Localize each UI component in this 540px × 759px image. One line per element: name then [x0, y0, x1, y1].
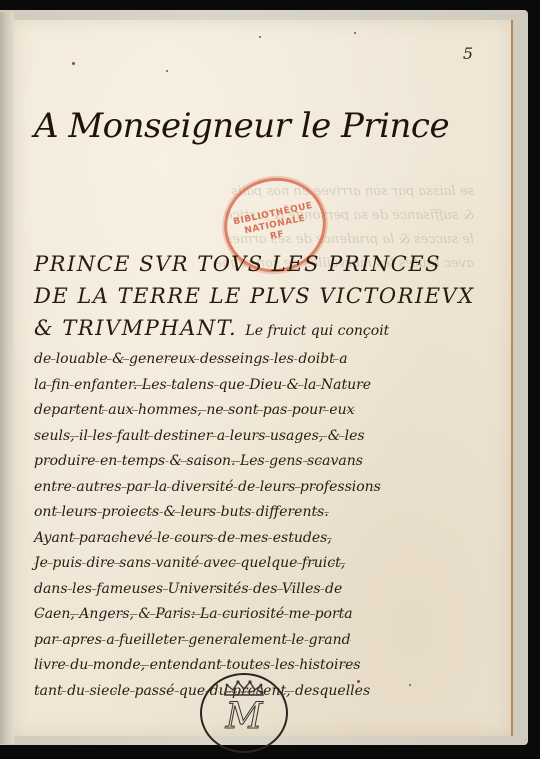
- crowned-monogram-stamp: M: [200, 673, 288, 753]
- monogram: M: [226, 697, 263, 737]
- text-line: de louable & genereux desseings les doib…: [34, 347, 474, 373]
- image-viewer: 5 se laissa par son arrivee en nos paiis…: [0, 0, 540, 759]
- text-line: ont leurs proiects & leurs buts differen…: [34, 500, 474, 526]
- library-stamp-text: BIBLIOTHÈQUE NATIONALE RF: [232, 201, 317, 250]
- crown-icon: [222, 679, 266, 697]
- caps-line: & TRIVMPHANT. Le fruict qui conçoit: [34, 312, 474, 347]
- caps-line-tail: Le fruict qui conçoit: [245, 323, 389, 339]
- folio-number: 5: [463, 44, 473, 63]
- dedication-heading: A Monseigneur le Prince: [34, 106, 494, 146]
- caps-line: PRINCE SVR TOVS LES PRINCES: [34, 248, 474, 280]
- text-line: la fin enfanter. Les talens que Dieu & l…: [34, 373, 474, 399]
- book-gutter: [0, 12, 14, 744]
- caps-line: DE LA TERRE LE PLVS VICTORIEVX: [34, 280, 474, 312]
- text-line: Caen, Angers, & Paris: La curiosité me p…: [34, 602, 474, 628]
- dedication-body: PRINCE SVR TOVS LES PRINCES DE LA TERRE …: [34, 248, 474, 704]
- text-line: Ayant parachevé le cours de mes estudes,: [34, 526, 474, 552]
- text-line: produire en temps & saison. Les gens sca…: [34, 449, 474, 475]
- text-line: entre autres par la diversité de leurs p…: [34, 475, 474, 501]
- text-line: dans les fameuses Universités des Villes…: [34, 577, 474, 603]
- text-line: Je puis dire sans vanité avec quelque fr…: [34, 551, 474, 577]
- manuscript-page: 5 se laissa par son arrivee en nos paiis…: [14, 20, 513, 736]
- text-line: seuls, il les fault destiner a leurs usa…: [34, 424, 474, 450]
- text-line: par apres a fueilleter generalement le g…: [34, 628, 474, 654]
- text-line: departent aux hommes, ne sont pas pour e…: [34, 398, 474, 424]
